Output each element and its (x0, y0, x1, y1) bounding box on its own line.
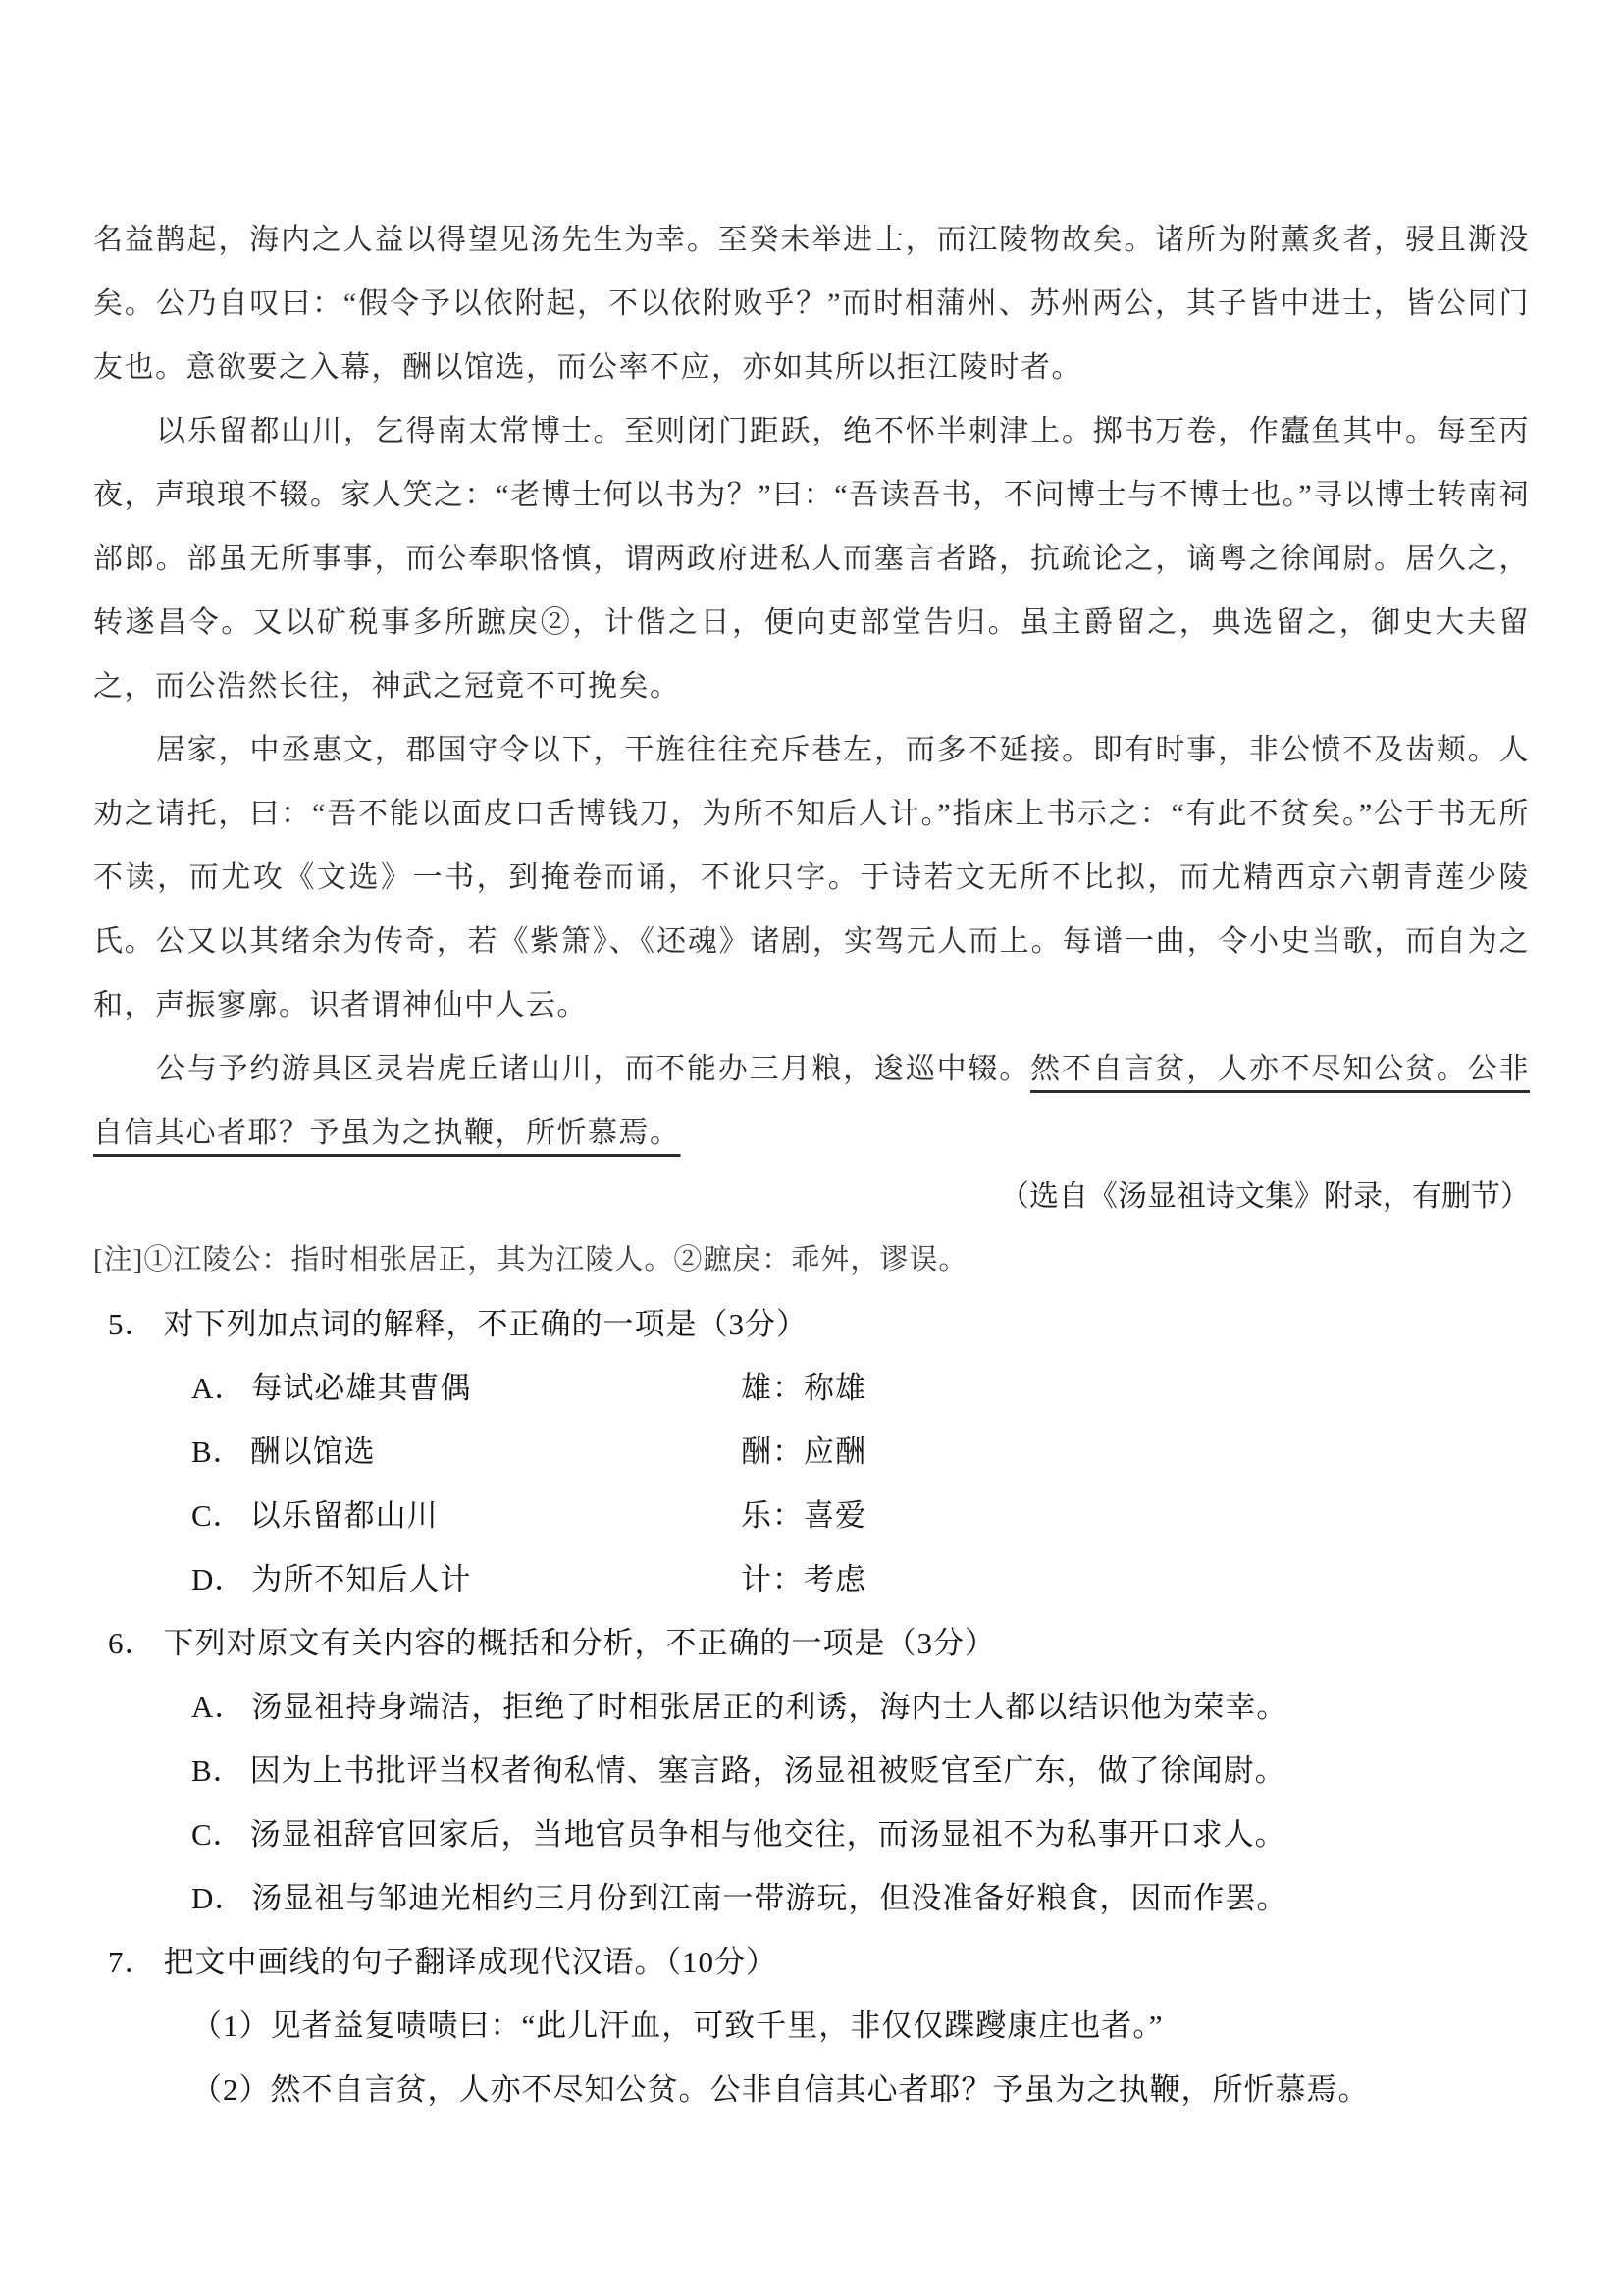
question-6-option-d: D．汤显祖与邹迪光相约三月份到江南一带游玩，但没准备好粮食，因而作罢。 (191, 1866, 1530, 1930)
option-text: 汤显祖与邹迪光相约三月份到江南一带游玩，但没准备好粮食，因而作罢。 (251, 1881, 1287, 1915)
questions-section: 5．对下列加点词的解释，不正确的一项是（3分） A．每试必雄其曹偶 雄：称雄 B… (93, 1292, 1530, 2121)
footnotes: [注]①江陵公：指时相张居正，其为江陵人。②蹠戾：乖舛，谬误。 (93, 1228, 1530, 1292)
question-5-option-b: B．酬以馆选 酬：应酬 (191, 1420, 1530, 1484)
option-label: B． (191, 1435, 244, 1469)
option-gloss: 酬：应酬 (741, 1420, 866, 1484)
question-5-option-a: A．每试必雄其曹偶 雄：称雄 (191, 1356, 1530, 1420)
question-6-number: 6． (108, 1626, 156, 1660)
option-label: D． (191, 1562, 245, 1596)
question-6-option-c: C．汤显祖辞官回家后，当地官员争相与他交往，而汤显祖不为私事开口求人。 (191, 1802, 1530, 1866)
passage-paragraph-3: 居家，中丞惠文，郡国守令以下，干旌往往充斥巷左，而多不延接。即有时事，非公愤不及… (93, 718, 1530, 1037)
question-5-text: 对下列加点词的解释，不正确的一项是（3分） (164, 1307, 809, 1341)
question-6-option-b: B．因为上书批评当权者徇私情、塞言路，汤显祖被贬官至广东，做了徐闻尉。 (191, 1739, 1530, 1802)
option-phrase: 为所不知后人计 (251, 1562, 471, 1596)
option-gloss: 乐：喜爱 (741, 1484, 866, 1547)
sub-item-label: （1） (191, 2009, 271, 2043)
question-7-text: 把文中画线的句子翻译成现代汉语。（10分） (164, 1945, 778, 1979)
question-7-number: 7． (108, 1945, 156, 1979)
sub-item-text: 然不自言贫，人亦不尽知公贫。公非自信其心者耶？予虽为之执鞭，所忻慕焉。 (271, 2072, 1370, 2107)
option-label: A． (191, 1690, 245, 1724)
exam-page: 名益鹊起，海内之人益以得望见汤先生为幸。至癸未举进士，而江陵物故矣。诸所为附薰炙… (0, 0, 1623, 2296)
option-label: C． (191, 1817, 244, 1852)
question-7-stem: 7．把文中画线的句子翻译成现代汉语。（10分） (108, 1930, 1530, 1994)
option-label: B． (191, 1753, 244, 1788)
option-phrase: 酬以馆选 (250, 1435, 376, 1469)
option-label: A． (191, 1371, 245, 1405)
question-5-stem: 5．对下列加点词的解释，不正确的一项是（3分） (108, 1292, 1530, 1356)
option-gloss: 雄：称雄 (741, 1356, 866, 1420)
option-label: C． (191, 1498, 244, 1533)
sub-item-label: （2） (191, 2072, 271, 2107)
sub-item-text: 见者益复啧啧曰：“此儿汗血，可致千里，非仅仅蹀躞康庄也者。” (271, 2009, 1164, 2043)
passage-paragraph-1: 名益鹊起，海内之人益以得望见汤先生为幸。至癸未举进士，而江陵物故矣。诸所为附薰炙… (93, 208, 1530, 399)
question-5-number: 5． (108, 1307, 156, 1341)
option-text: 汤显祖辞官回家后，当地官员争相与他交往，而汤显祖不为私事开口求人。 (250, 1817, 1286, 1852)
option-gloss: 计：考虑 (741, 1547, 866, 1611)
passage-paragraph-4: 公与予约游具区灵岩虎丘诸山川，而不能办三月粮，逡巡中辍。然不自言贫，人亦不尽知公… (93, 1037, 1530, 1165)
question-5-option-c: C．以乐留都山川 乐：喜爱 (191, 1484, 1530, 1547)
paragraph-text: 居家，中丞惠文，郡国守令以下，干旌往往充斥巷左，而多不延接。即有时事，非公愤不及… (93, 734, 1530, 1021)
paragraph-text: 公与予约游具区灵岩虎丘诸山川，而不能办三月粮，逡巡中辍。 (156, 1053, 1030, 1085)
question-6-stem: 6．下列对原文有关内容的概括和分析，不正确的一项是（3分） (108, 1611, 1530, 1675)
option-phrase: 每试必雄其曹偶 (251, 1371, 471, 1405)
paragraph-text: 以乐留都山川，乞得南太常博士。至则闭门距跃，绝不怀半刺津上。掷书万卷，作蠹鱼其中… (93, 415, 1530, 703)
question-6-text: 下列对原文有关内容的概括和分析，不正确的一项是（3分） (164, 1626, 997, 1660)
option-label: D． (191, 1881, 245, 1915)
question-6-option-a: A．汤显祖持身端洁，拒绝了时相张居正的利诱，海内士人都以结识他为荣幸。 (191, 1675, 1530, 1739)
question-5-option-d: D．为所不知后人计 计：考虑 (191, 1547, 1530, 1611)
option-phrase: 以乐留都山川 (250, 1498, 439, 1533)
passage-paragraph-2: 以乐留都山川，乞得南太常博士。至则闭门距跃，绝不怀半刺津上。掷书万卷，作蠹鱼其中… (93, 399, 1530, 718)
question-7-item-1: （1）见者益复啧啧曰：“此儿汗血，可致千里，非仅仅蹀躞康庄也者。” (191, 1994, 1530, 2058)
option-text: 汤显祖持身端洁，拒绝了时相张居正的利诱，海内士人都以结识他为荣幸。 (251, 1690, 1287, 1724)
source-attribution: （选自《汤显祖诗文集》附录，有删节） (93, 1165, 1530, 1228)
option-text: 因为上书批评当权者徇私情、塞言路，汤显祖被贬官至广东，做了徐闻尉。 (250, 1753, 1286, 1788)
paragraph-text: 名益鹊起，海内之人益以得望见汤先生为幸。至癸未举进士，而江陵物故矣。诸所为附薰炙… (93, 224, 1530, 384)
passage-section: 名益鹊起，海内之人益以得望见汤先生为幸。至癸未举进士，而江陵物故矣。诸所为附薰炙… (93, 208, 1530, 1292)
question-7-item-2: （2）然不自言贫，人亦不尽知公贫。公非自信其心者耶？予虽为之执鞭，所忻慕焉。 (191, 2058, 1530, 2121)
